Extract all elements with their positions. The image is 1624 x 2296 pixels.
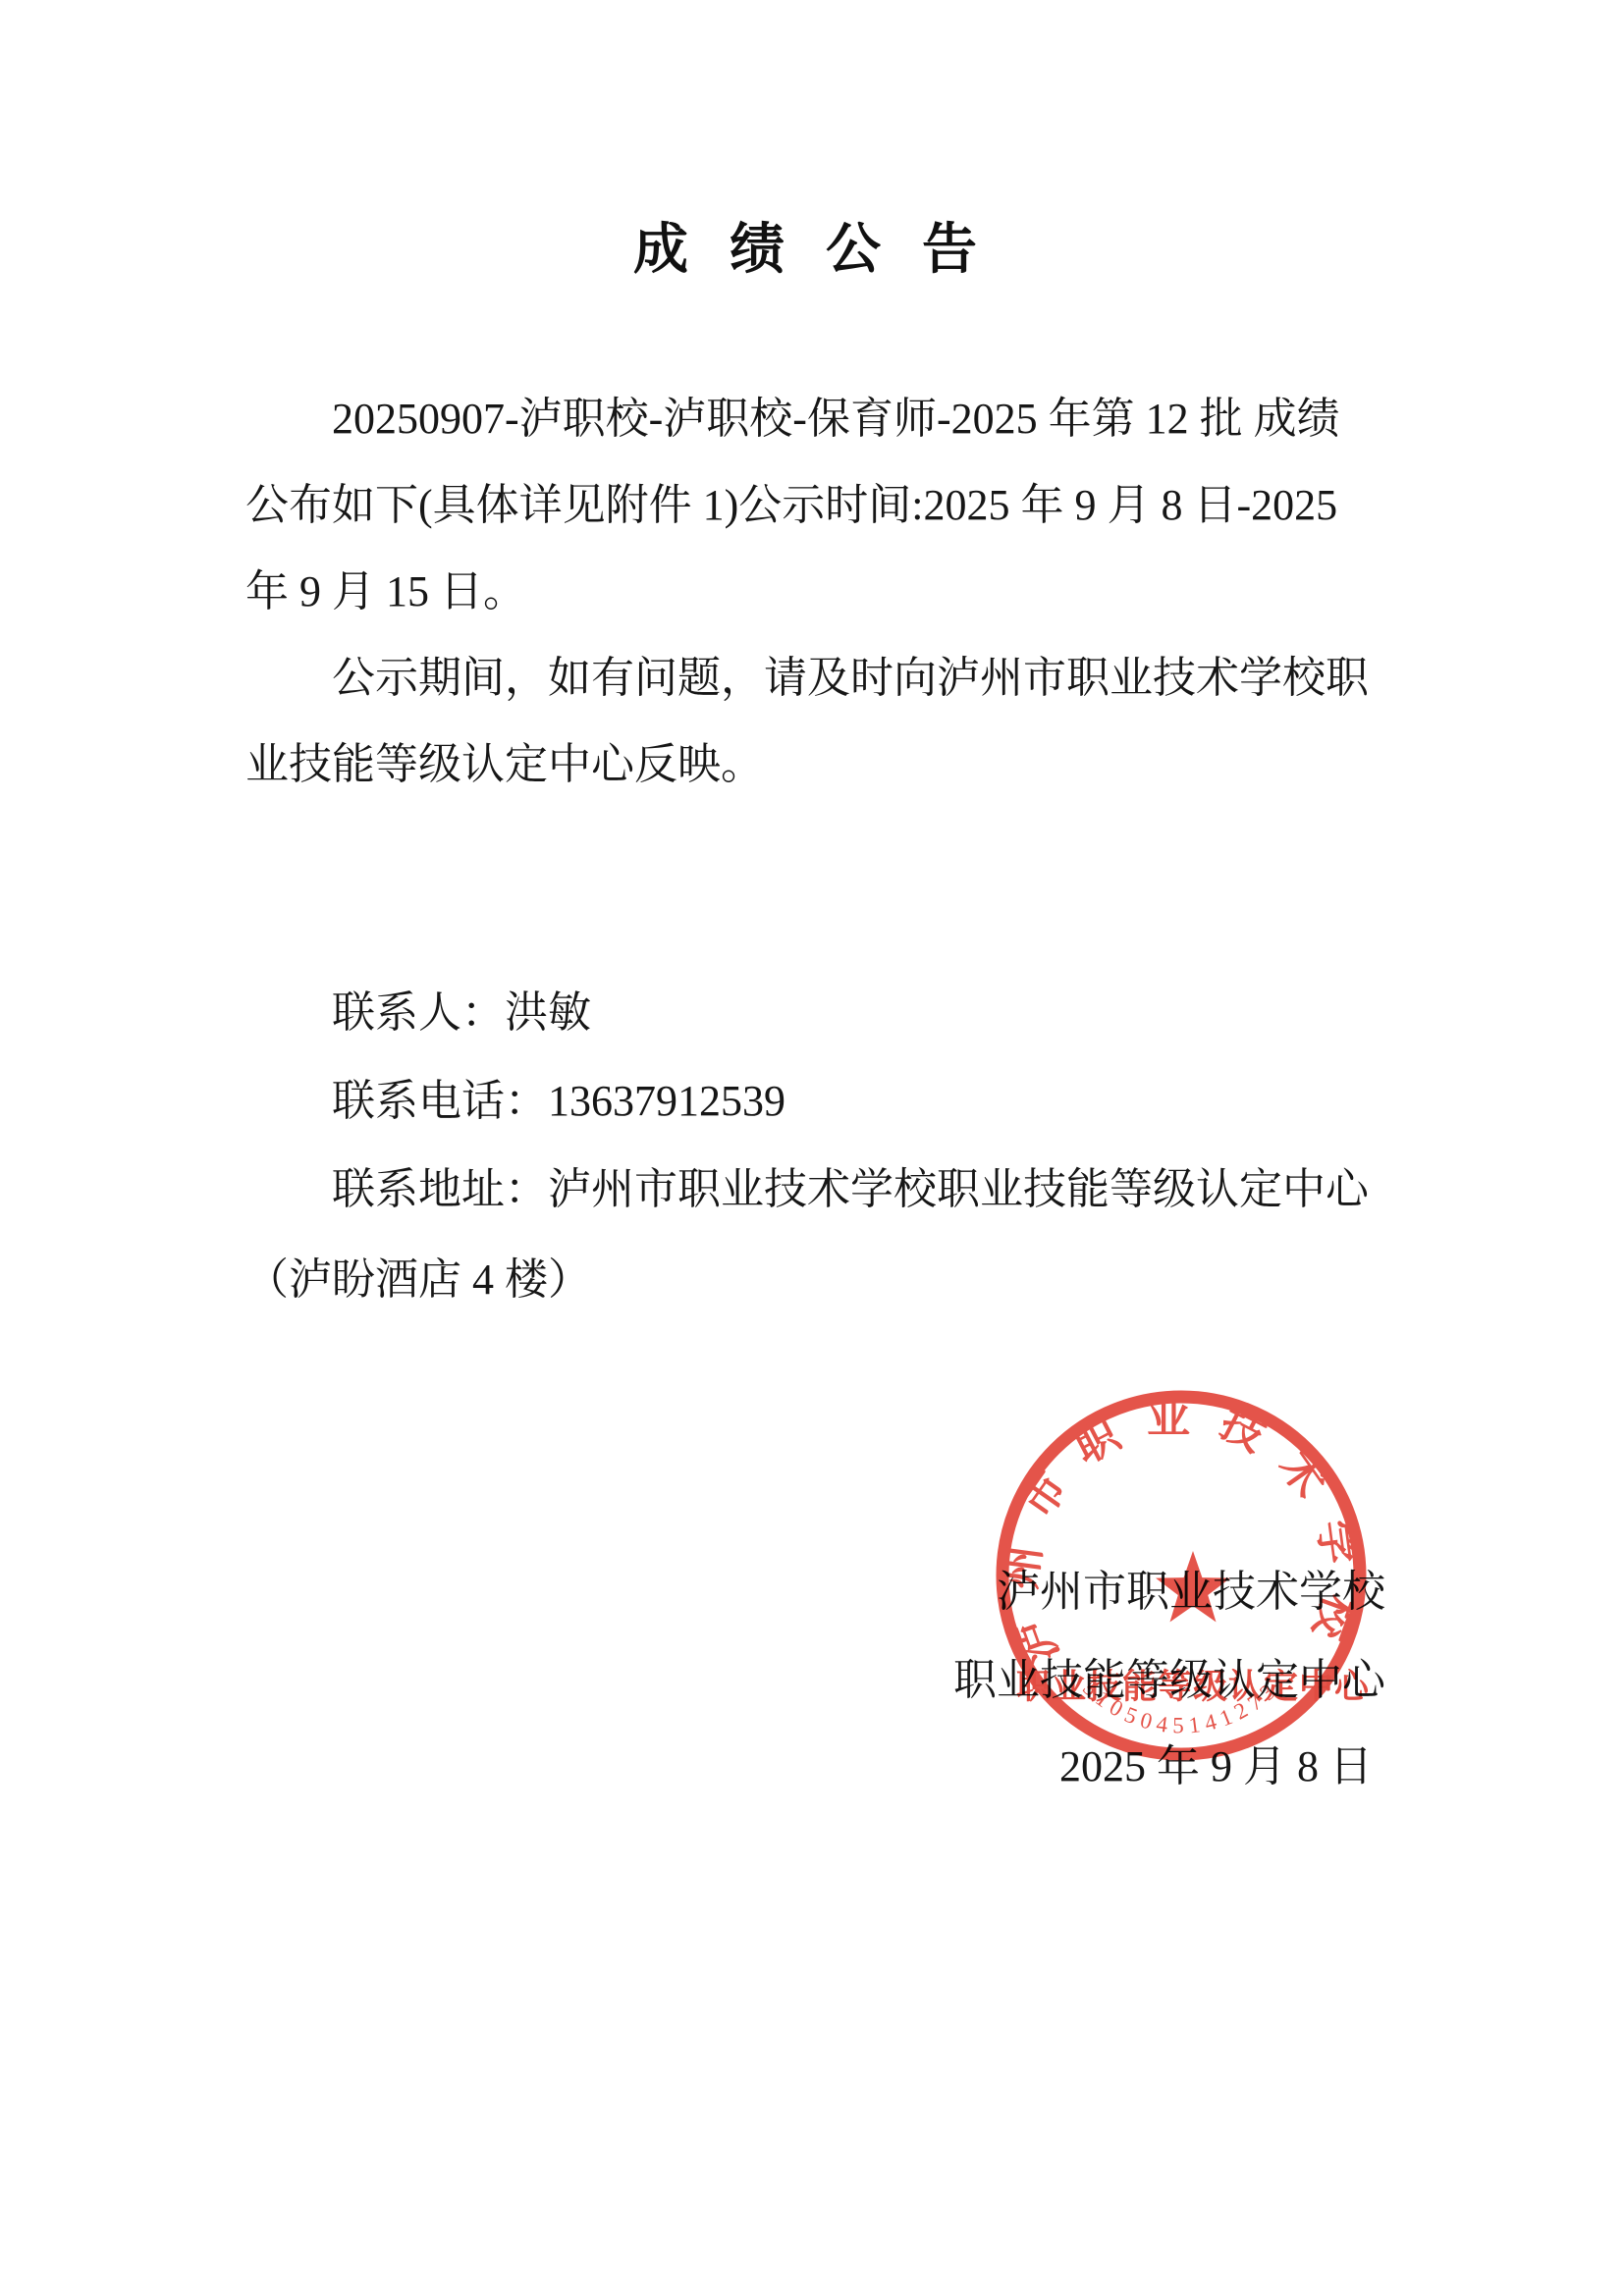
contact-address: 联系地址：泸州市职业技术学校职业技能等级认定中心 xyxy=(332,1168,1369,1211)
paragraph2-line1: 公示期间，如有问题，请及时向泸州市职业技术学校职 xyxy=(332,657,1369,700)
signature-org-line1: 泸州市职业技术学校 xyxy=(997,1571,1385,1614)
contact-phone: 联系电话：13637912539 xyxy=(332,1080,785,1123)
contact-person: 联系人：洪敏 xyxy=(332,991,591,1035)
paragraph2-line2: 业技能等级认定中心反映。 xyxy=(245,743,764,786)
contact-address-line2: （泸盼酒店 4 楼） xyxy=(245,1258,591,1302)
paragraph1-line2: 公布如下(具体详见附件 1)公示时间:2025 年 9 月 8 日-2025 xyxy=(245,484,1337,527)
document-page: 成 绩 公 告 20250907-泸职校-泸职校-保育师-2025 年第 12 … xyxy=(0,0,1624,2296)
signature-org-line2: 职业技能等级认定中心 xyxy=(953,1659,1385,1702)
paragraph1-line3: 年 9 月 15 日。 xyxy=(245,570,526,614)
seal-arc-text: 泸州市职业技术学校 xyxy=(997,1394,1366,1670)
document-title: 成 绩 公 告 xyxy=(0,206,1624,285)
paragraph1-line1: 20250907-泸职校-泸职校-保育师-2025 年第 12 批 成绩 xyxy=(332,398,1340,441)
signature-date: 2025 年 9 月 8 日 xyxy=(1059,1745,1373,1789)
